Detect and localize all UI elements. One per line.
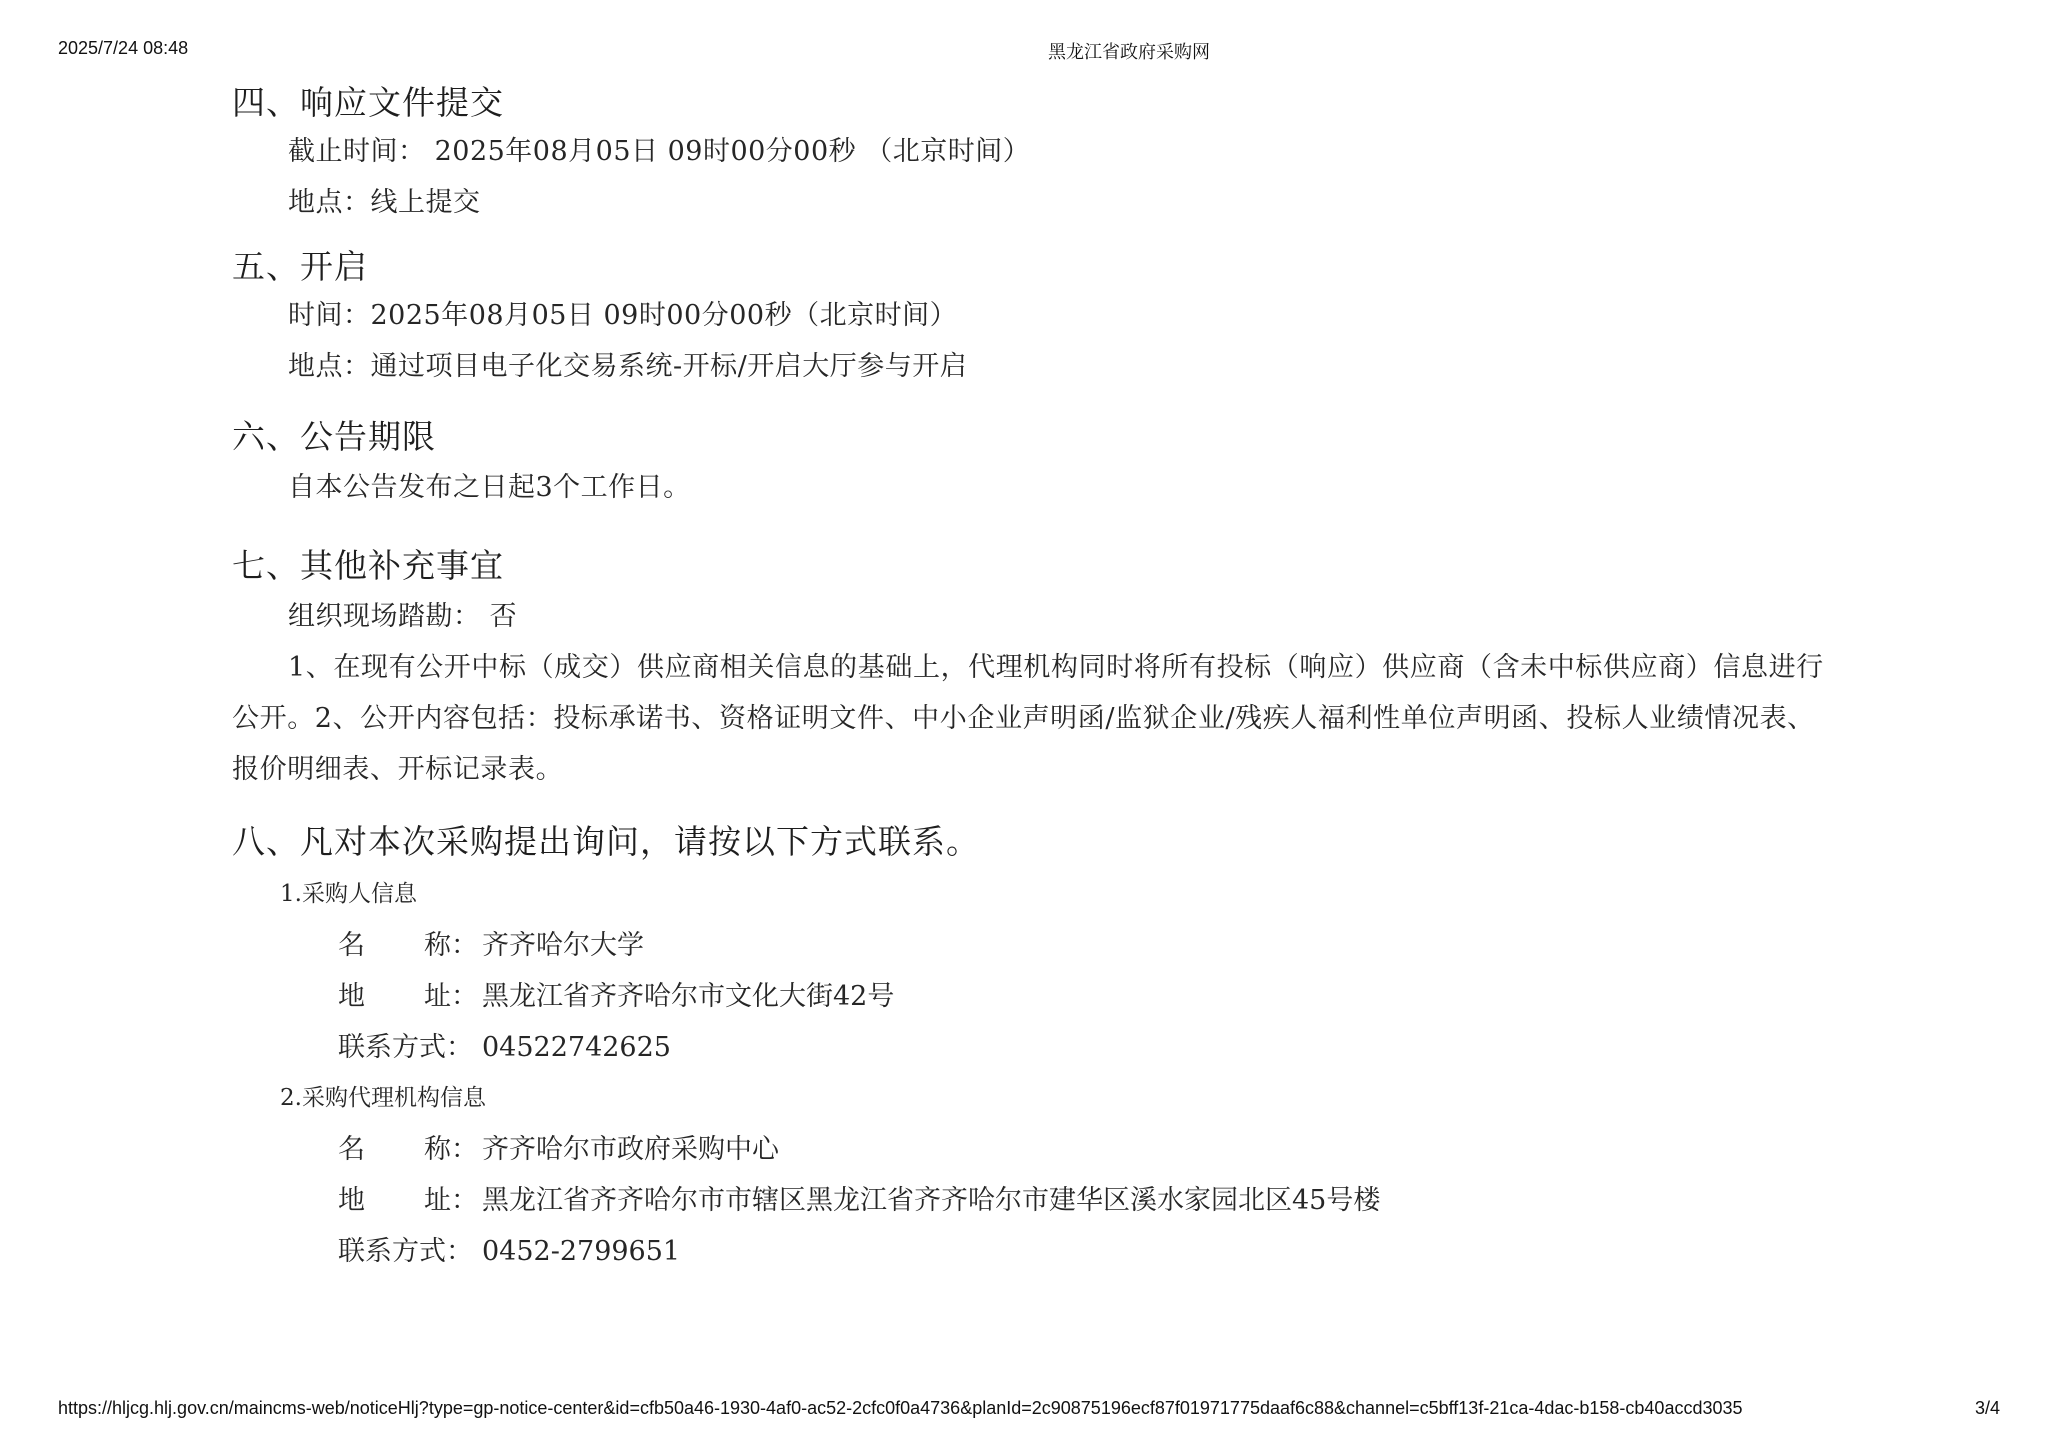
print-footer: https://hljcg.hlj.gov.cn/maincms-web/not… <box>0 1398 2048 1424</box>
print-header: 2025/7/24 08:48 黑龙江省政府采购网 <box>0 38 2048 64</box>
deadline-text: 截止时间： 2025年08月05日 09时00分00秒 （北京时间） <box>232 126 1832 177</box>
name-label: 名称： <box>338 1124 482 1175</box>
purchaser-contact-row: 联系方式：04522742625 <box>232 1022 1832 1073</box>
section-opening: 五、开启 时间：2025年08月05日 09时00分00秒（北京时间） 地点：通… <box>232 242 1832 392</box>
opening-time-text: 时间：2025年08月05日 09时00分00秒（北京时间） <box>232 290 1832 341</box>
contact-label: 联系方式： <box>338 1022 482 1073</box>
location-text: 地点：线上提交 <box>232 177 1832 228</box>
section-title: 四、响应文件提交 <box>232 78 1832 128</box>
section-other-matters: 七、其他补充事宜 组织现场踏勘： 否 1、在现有公开中标（成交）供应商相关信息的… <box>232 541 1832 795</box>
agency-name: 齐齐哈尔市政府采购中心 <box>482 1134 779 1165</box>
purchaser-name-row: 名称：齐齐哈尔大学 <box>232 920 1832 971</box>
name-label: 名称： <box>338 920 482 971</box>
purchaser-name: 齐齐哈尔大学 <box>482 930 644 961</box>
opening-location-text: 地点：通过项目电子化交易系统-开标/开启大厅参与开启 <box>232 341 1832 392</box>
supplementary-paragraph: 1、在现有公开中标（成交）供应商相关信息的基础上，代理机构同时将所有投标（响应）… <box>232 642 1832 795</box>
section-contact: 八、凡对本次采购提出询问，请按以下方式联系。 1.采购人信息 名称：齐齐哈尔大学… <box>232 817 1832 1277</box>
agency-address-row: 地址：黑龙江省齐齐哈尔市市辖区黑龙江省齐齐哈尔市建华区溪水家园北区45号楼 <box>232 1175 1832 1226</box>
contact-label: 联系方式： <box>338 1226 482 1277</box>
purchaser-address-row: 地址：黑龙江省齐齐哈尔市文化大街42号 <box>232 971 1832 1022</box>
section-notice-period: 六、公告期限 自本公告发布之日起3个工作日。 <box>232 412 1832 513</box>
section-title: 七、其他补充事宜 <box>232 541 1832 591</box>
site-visit-text: 组织现场踏勘： 否 <box>232 591 1832 642</box>
address-label: 地址： <box>338 1175 482 1226</box>
notice-period-text: 自本公告发布之日起3个工作日。 <box>232 462 1832 513</box>
section-response-submission: 四、响应文件提交 截止时间： 2025年08月05日 09时00分00秒 （北京… <box>232 78 1832 228</box>
agency-address: 黑龙江省齐齐哈尔市市辖区黑龙江省齐齐哈尔市建华区溪水家园北区45号楼 <box>482 1185 1380 1216</box>
purchaser-info-heading: 1.采购人信息 <box>232 869 1832 920</box>
agency-info-heading: 2.采购代理机构信息 <box>232 1073 1832 1124</box>
document-body: 四、响应文件提交 截止时间： 2025年08月05日 09时00分00秒 （北京… <box>232 78 1832 1277</box>
section-title: 六、公告期限 <box>232 412 1832 462</box>
page-url: https://hljcg.hlj.gov.cn/maincms-web/not… <box>58 1398 1743 1419</box>
agency-name-row: 名称：齐齐哈尔市政府采购中心 <box>232 1124 1832 1175</box>
address-label: 地址： <box>338 971 482 1022</box>
agency-contact-row: 联系方式：0452-2799651 <box>232 1226 1832 1277</box>
purchaser-address: 黑龙江省齐齐哈尔市文化大街42号 <box>482 981 894 1012</box>
agency-phone: 0452-2799651 <box>482 1236 680 1267</box>
site-title: 黑龙江省政府采购网 <box>1048 38 1228 64</box>
page-number: 3/4 <box>1975 1398 2000 1419</box>
section-title: 五、开启 <box>232 242 1832 292</box>
purchaser-phone: 04522742625 <box>482 1032 671 1063</box>
print-datetime: 2025/7/24 08:48 <box>58 38 188 59</box>
section-title: 八、凡对本次采购提出询问，请按以下方式联系。 <box>232 817 1832 867</box>
